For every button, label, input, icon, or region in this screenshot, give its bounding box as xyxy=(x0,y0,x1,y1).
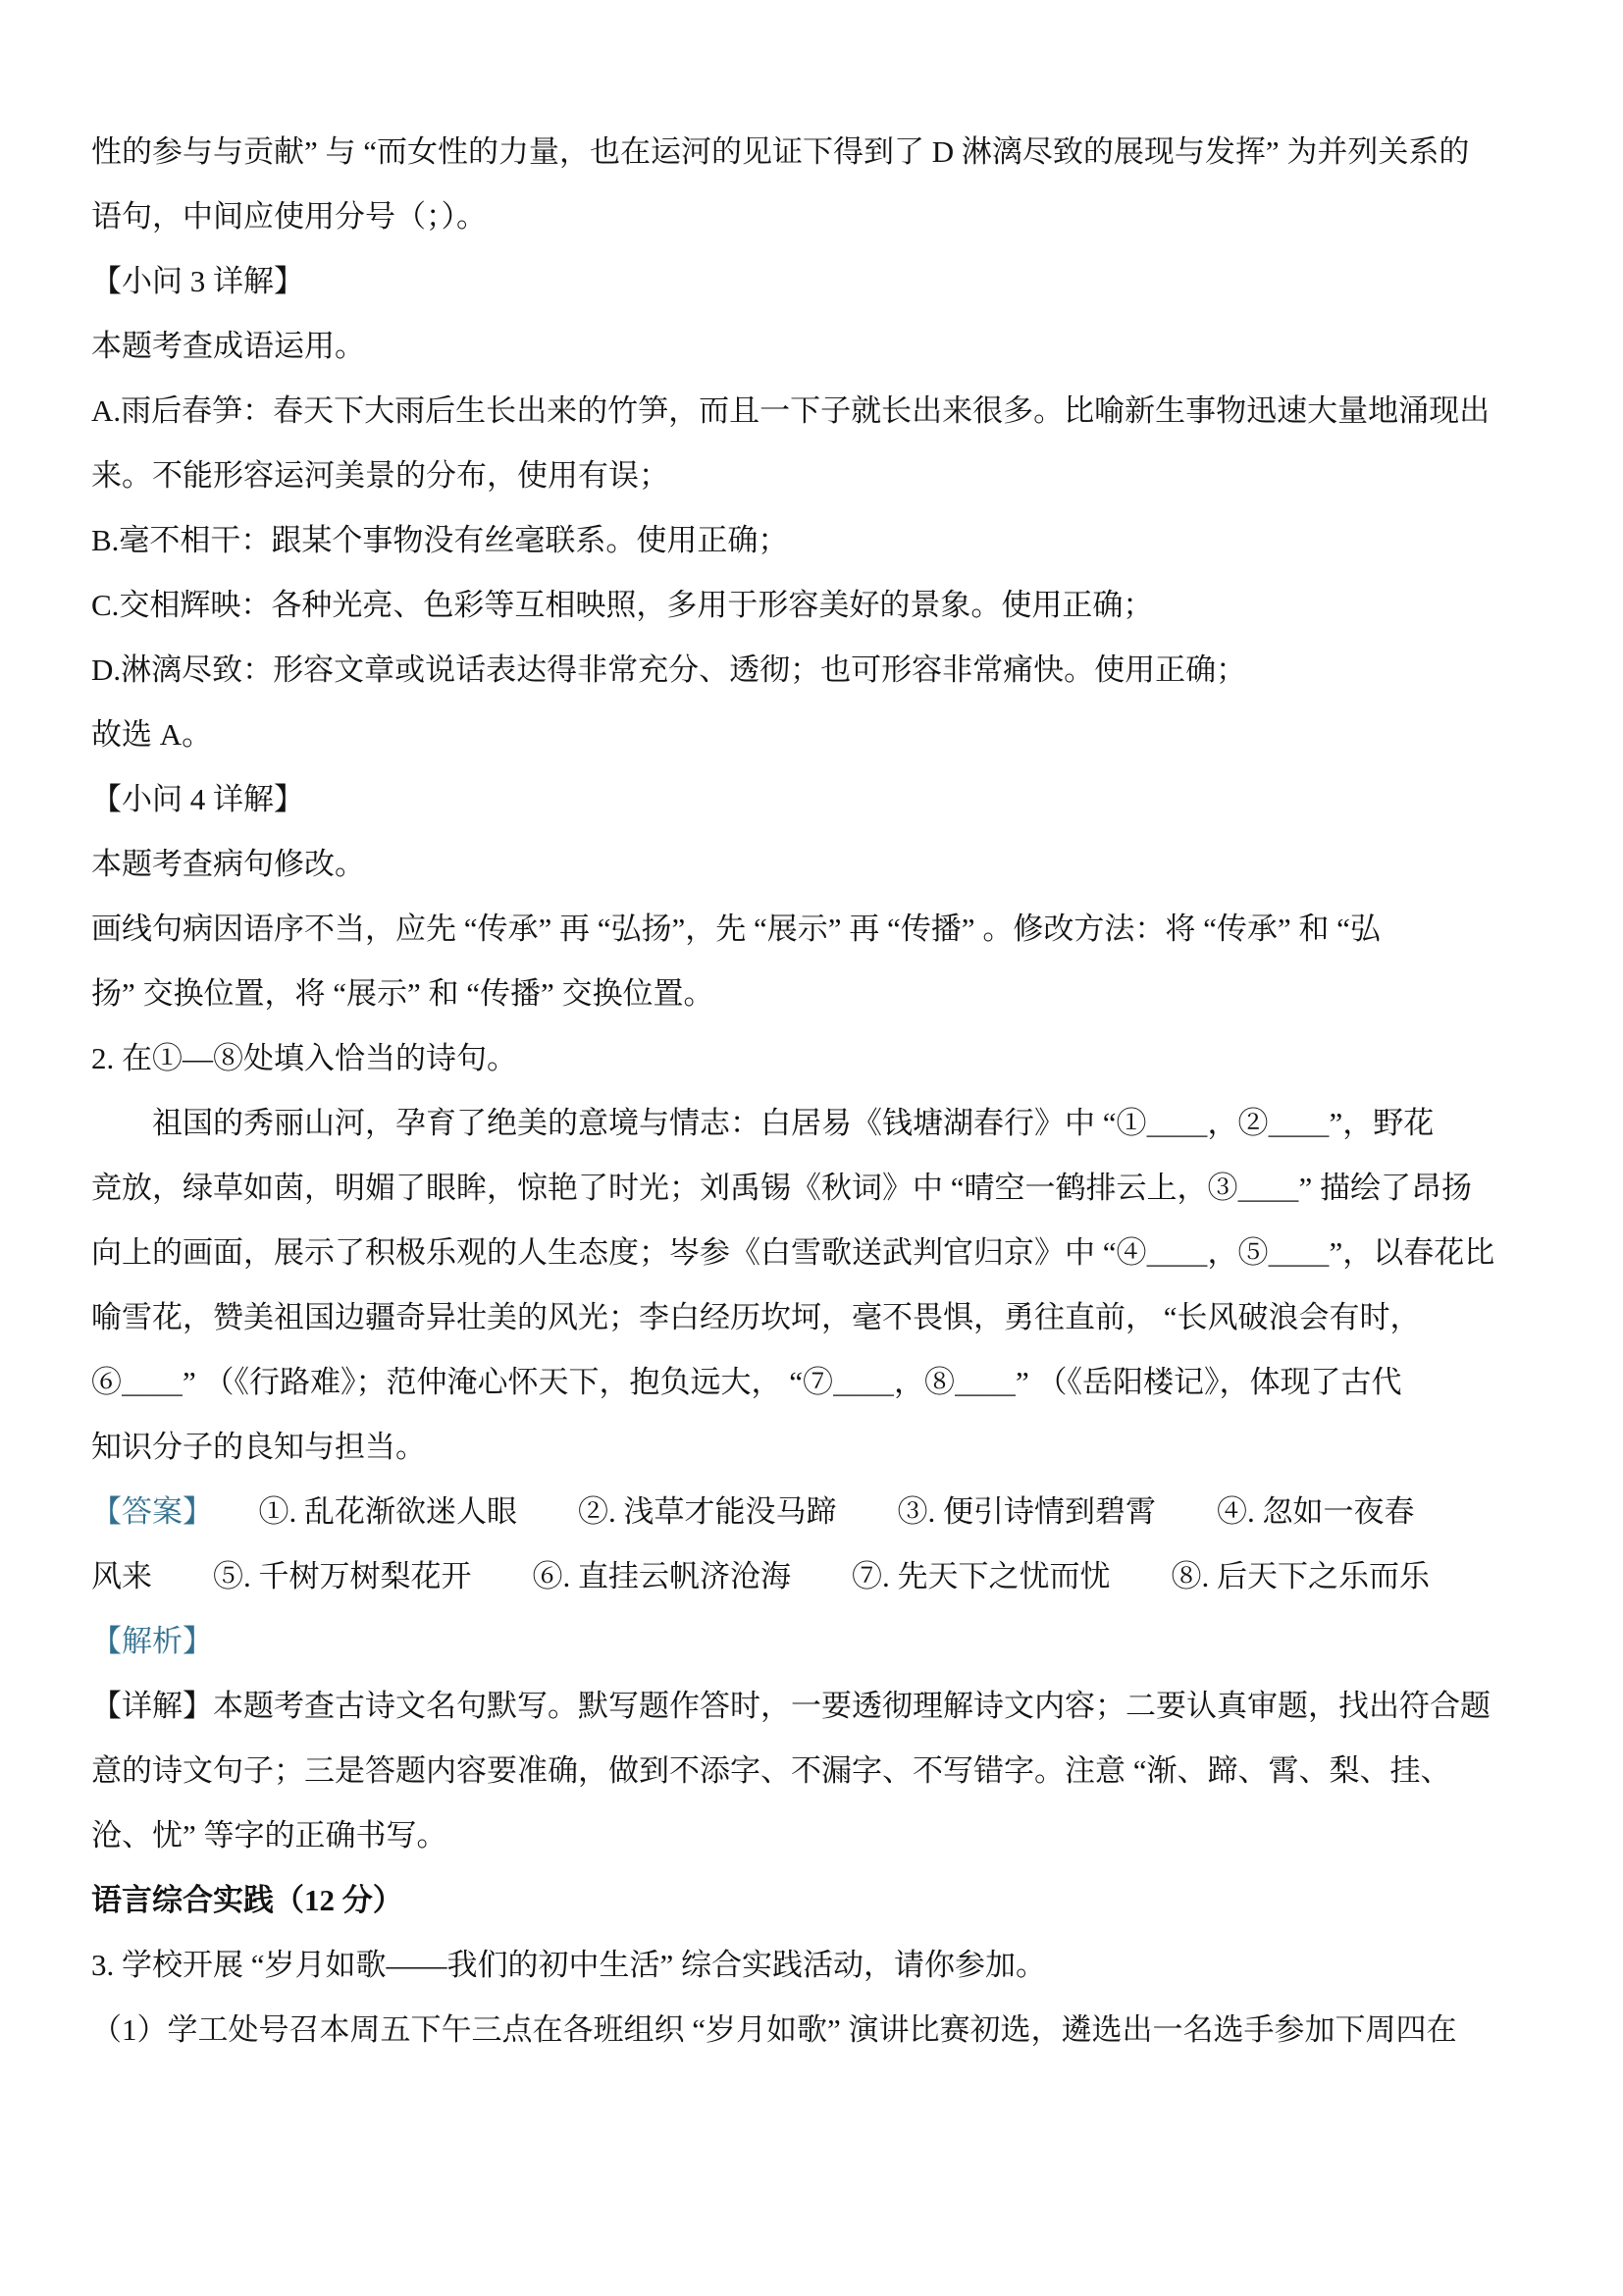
question-2-passage-line-5: ⑥＿＿” （《行路难》；范仲淹心怀天下，抱负远大， “⑦＿＿，⑧＿＿” （《岳阳… xyxy=(91,1350,1539,1415)
detail-explain-line-2: 意的诗文句子；三是答题内容要准确，做到不添字、不漏字、不写错字。注意 “渐、蹄、… xyxy=(91,1739,1539,1803)
analysis-label: 【解析】 xyxy=(91,1624,213,1658)
analysis-line: 【解析】 xyxy=(91,1609,1539,1674)
subq4-heading: 【小问 4 详解】 xyxy=(91,767,1539,832)
question-2-passage-line-2: 竞放，绿草如茵，明媚了眼眸，惊艳了时光；刘禹锡《秋词》中 “晴空一鹤排云上，③＿… xyxy=(91,1156,1539,1221)
question-2-passage-line-1: 祖国的秀丽山河，孕育了绝美的意境与情志：白居易《钱塘湖春行》中 “①＿＿，②＿＿… xyxy=(91,1091,1539,1156)
question-2-passage-line-6: 知识分子的良知与担当。 xyxy=(91,1415,1539,1480)
question-2-title: 2. 在①—⑧处填入恰当的诗句。 xyxy=(91,1026,1539,1091)
question-3-title: 3. 学校开展 “岁月如歌——我们的初中生活” 综合实践活动，请你参加。 xyxy=(91,1933,1539,1998)
document-page: 性的参与与贡献” 与 “而女性的力量，也在运河的见证下得到了 D 淋漓尽致的展现… xyxy=(0,0,1623,2296)
subq4-intro: 本题考查病句修改。 xyxy=(91,832,1539,897)
section-heading: 语言综合实践（12 分） xyxy=(91,1868,1539,1933)
option-c-explain: C.交相辉映：各种光亮、色彩等互相映照，多用于形容美好的景象。使用正确； xyxy=(91,573,1539,638)
question-2-passage-line-4: 喻雪花，赞美祖国边疆奇异壮美的风光；李白经历坎坷，毫不畏惧，勇往直前， “长风破… xyxy=(91,1285,1539,1350)
subq2-explain-line-1: 性的参与与贡献” 与 “而女性的力量，也在运河的见证下得到了 D 淋漓尽致的展现… xyxy=(91,120,1539,184)
answer-label: 【答案】 xyxy=(91,1494,198,1529)
answer-line-1: 【答案】 ①. 乱花渐欲迷人眼 ②. 浅草才能没马蹄 ③. 便引诗情到碧霄 ④.… xyxy=(91,1480,1539,1544)
question-3-part-1: （1）学工处号召本周五下午三点在各班组织 “岁月如歌” 演讲比赛初选，遴选出一名… xyxy=(91,1998,1539,2062)
option-d-explain: D.淋漓尽致：形容文章或说话表达得非常充分、透彻；也可形容非常痛快。使用正确； xyxy=(91,638,1539,703)
subq3-heading: 【小问 3 详解】 xyxy=(91,249,1539,314)
answer-line-2: 风来 ⑤. 千树万树梨花开 ⑥. 直挂云帆济沧海 ⑦. 先天下之忧而忧 ⑧. 后… xyxy=(91,1544,1539,1609)
detail-explain-line-1: 【详解】本题考查古诗文名句默写。默写题作答时，一要透彻理解诗文内容；二要认真审题… xyxy=(91,1674,1539,1739)
subq2-explain-line-2: 语句，中间应使用分号（；）。 xyxy=(91,184,1539,249)
question-2-passage-line-3: 向上的画面，展示了积极乐观的人生态度；岑参《白雪歌送武判官归京》中 “④＿＿，⑤… xyxy=(91,1221,1539,1285)
subq3-intro: 本题考查成语运用。 xyxy=(91,314,1539,379)
subq4-explain-line-2: 扬” 交换位置，将 “展示” 和 “传播” 交换位置。 xyxy=(91,962,1539,1026)
option-b-explain: B.毫不相干：跟某个事物没有丝毫联系。使用正确； xyxy=(91,508,1539,573)
answer-items-part-1: ①. 乱花渐欲迷人眼 ②. 浅草才能没马蹄 ③. 便引诗情到碧霄 ④. 忽如一夜… xyxy=(198,1494,1415,1529)
option-a-explain-line-2: 来。不能形容运河美景的分布，使用有误； xyxy=(91,444,1539,508)
option-a-explain-line-1: A.雨后春笋：春天下大雨后生长出来的竹笋，而且一下子就长出来很多。比喻新生事物迅… xyxy=(91,379,1539,444)
detail-explain-line-3: 沧、忧” 等字的正确书写。 xyxy=(91,1803,1539,1868)
answer-choice-line: 故选 A。 xyxy=(91,703,1539,767)
subq4-explain-line-1: 画线句病因语序不当，应先 “传承” 再 “弘扬”，先 “展示” 再 “传播” 。… xyxy=(91,897,1539,962)
